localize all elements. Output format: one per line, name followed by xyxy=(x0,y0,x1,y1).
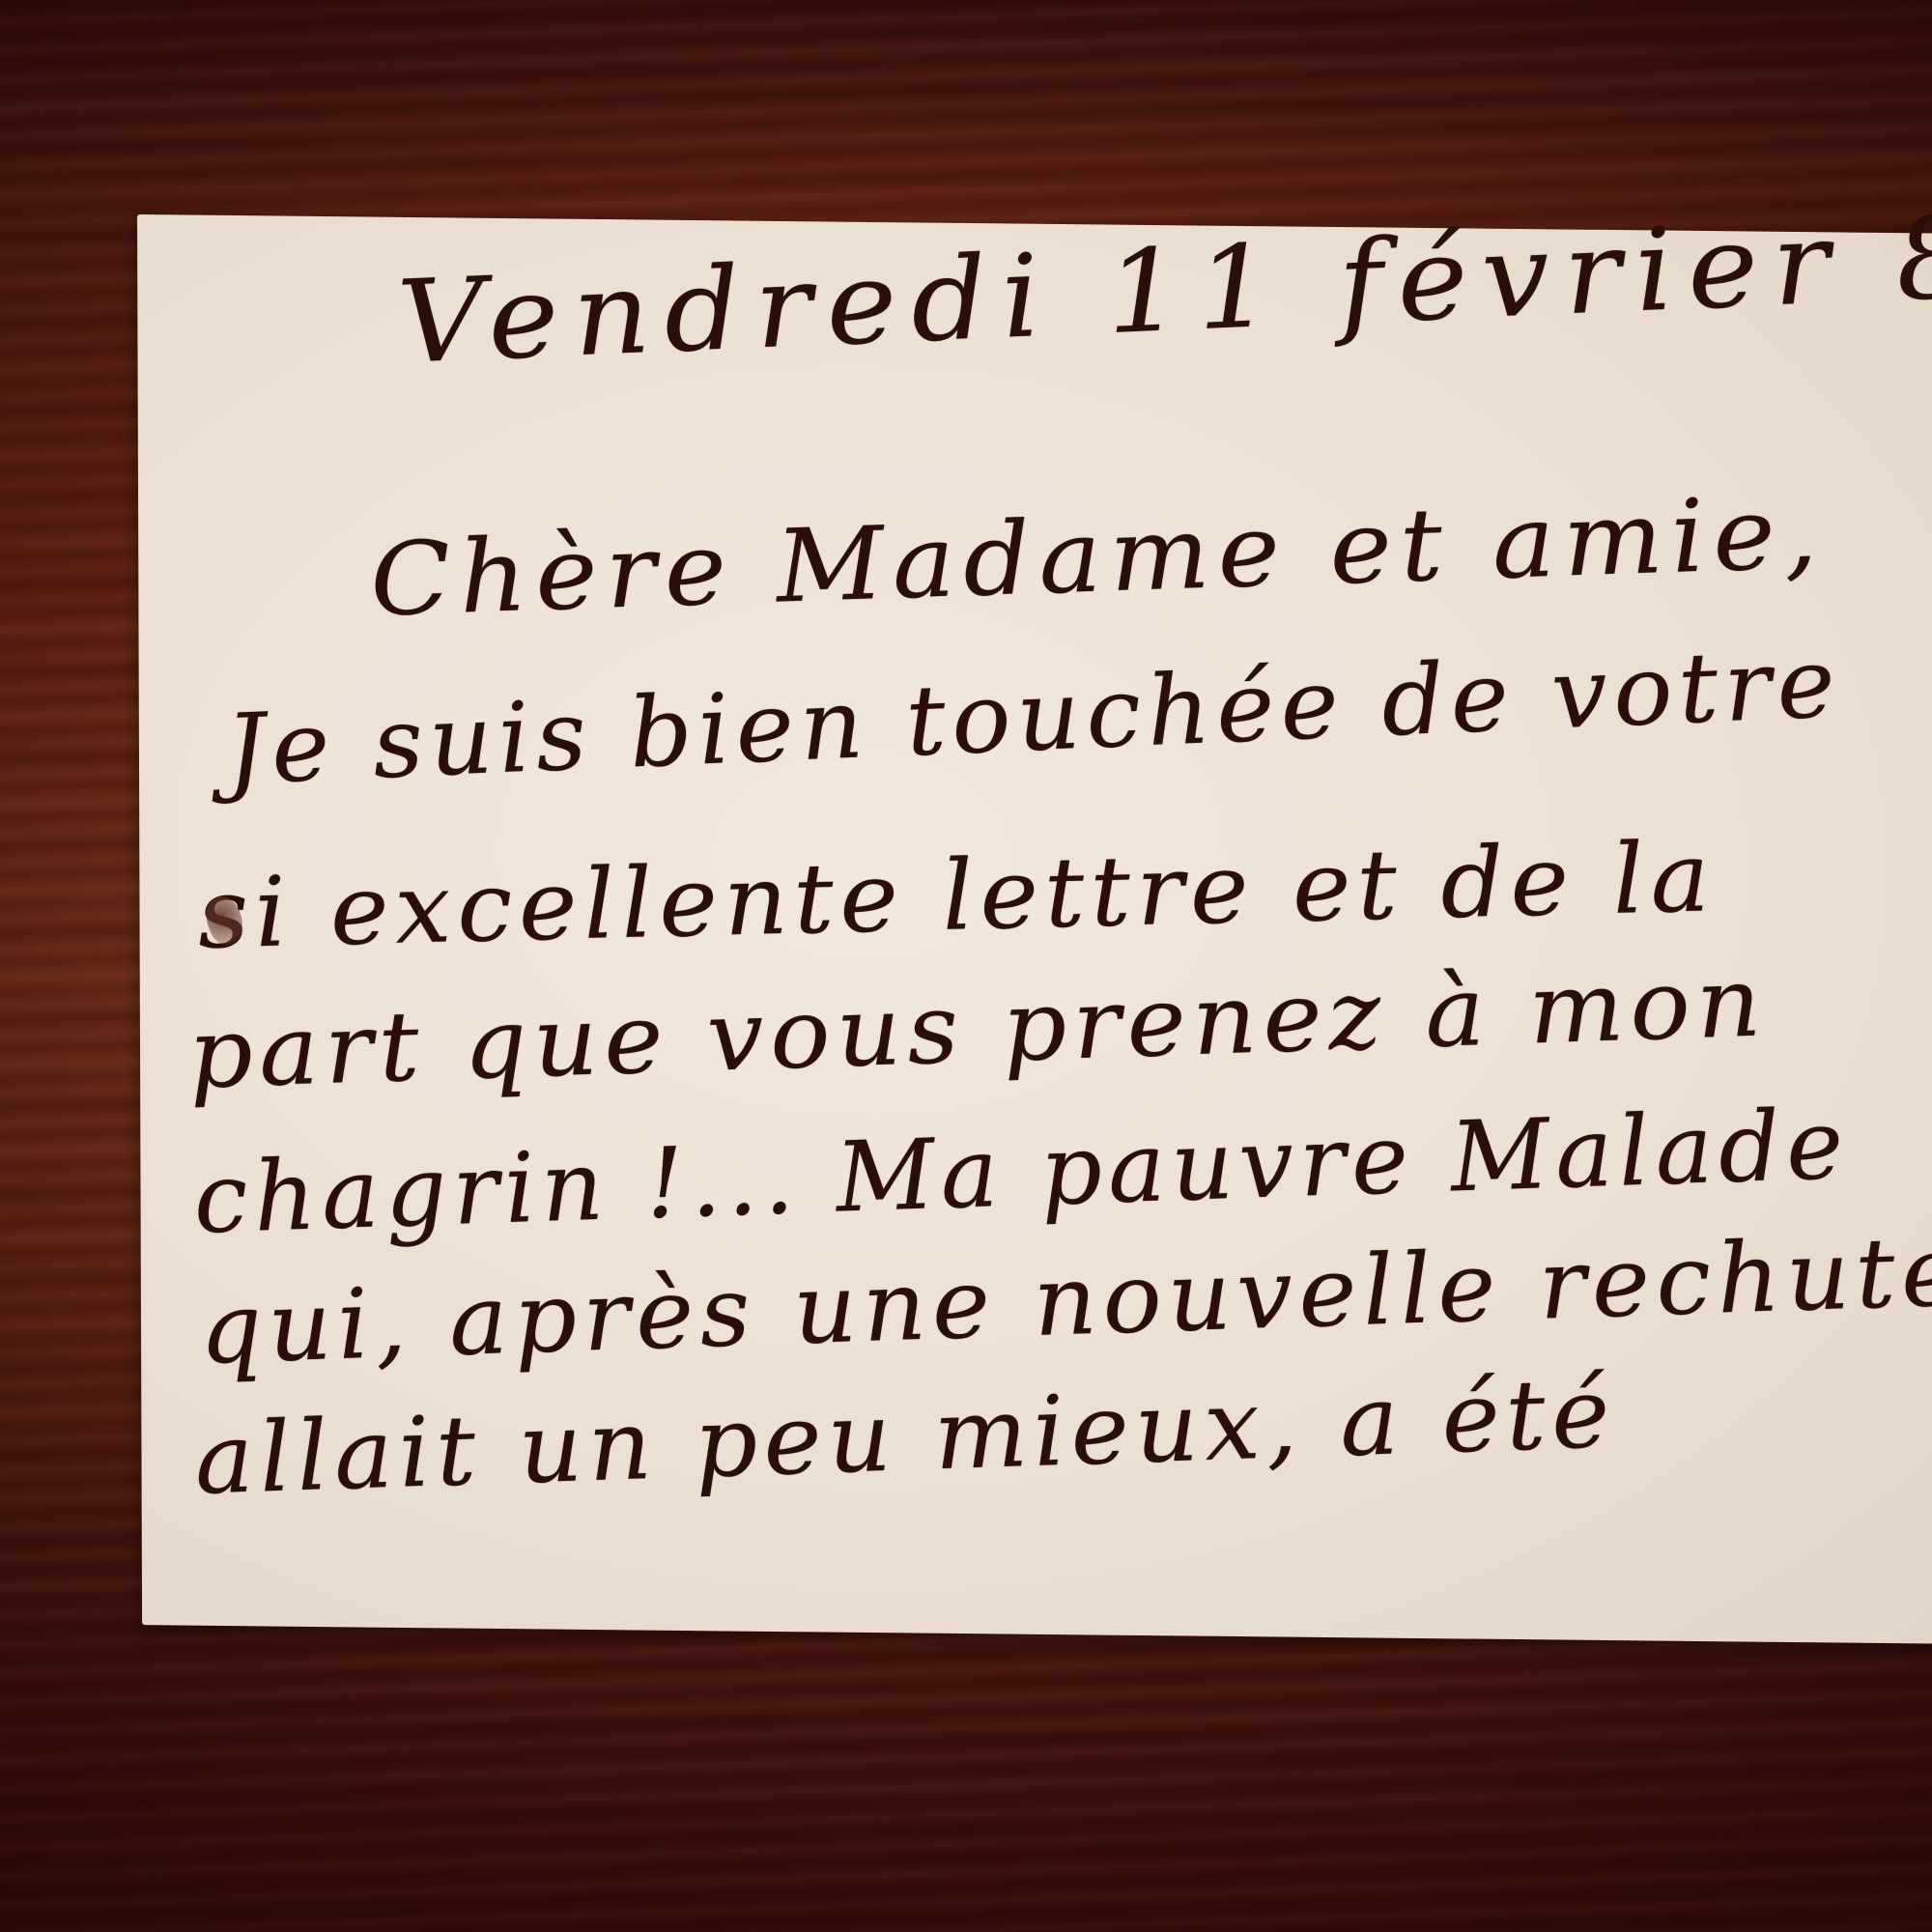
salutation: Chère Madame et amie, xyxy=(367,473,1827,639)
letter-card: Vendredi 11 février 87. Chère Madame et … xyxy=(137,214,1932,1644)
body-line-2: si excellente lettre et de la xyxy=(195,820,1718,970)
body-line-6: allait un peu mieux, a été xyxy=(192,1356,1618,1517)
body-line-1: Je suis bien touchée de votre xyxy=(223,626,1844,807)
handwritten-letter: Vendredi 11 février 87. Chère Madame et … xyxy=(137,214,1932,1644)
body-line-3: part que vous prenez à mon xyxy=(185,945,1769,1110)
date-line: Vendredi 11 février 87. xyxy=(395,184,1932,389)
